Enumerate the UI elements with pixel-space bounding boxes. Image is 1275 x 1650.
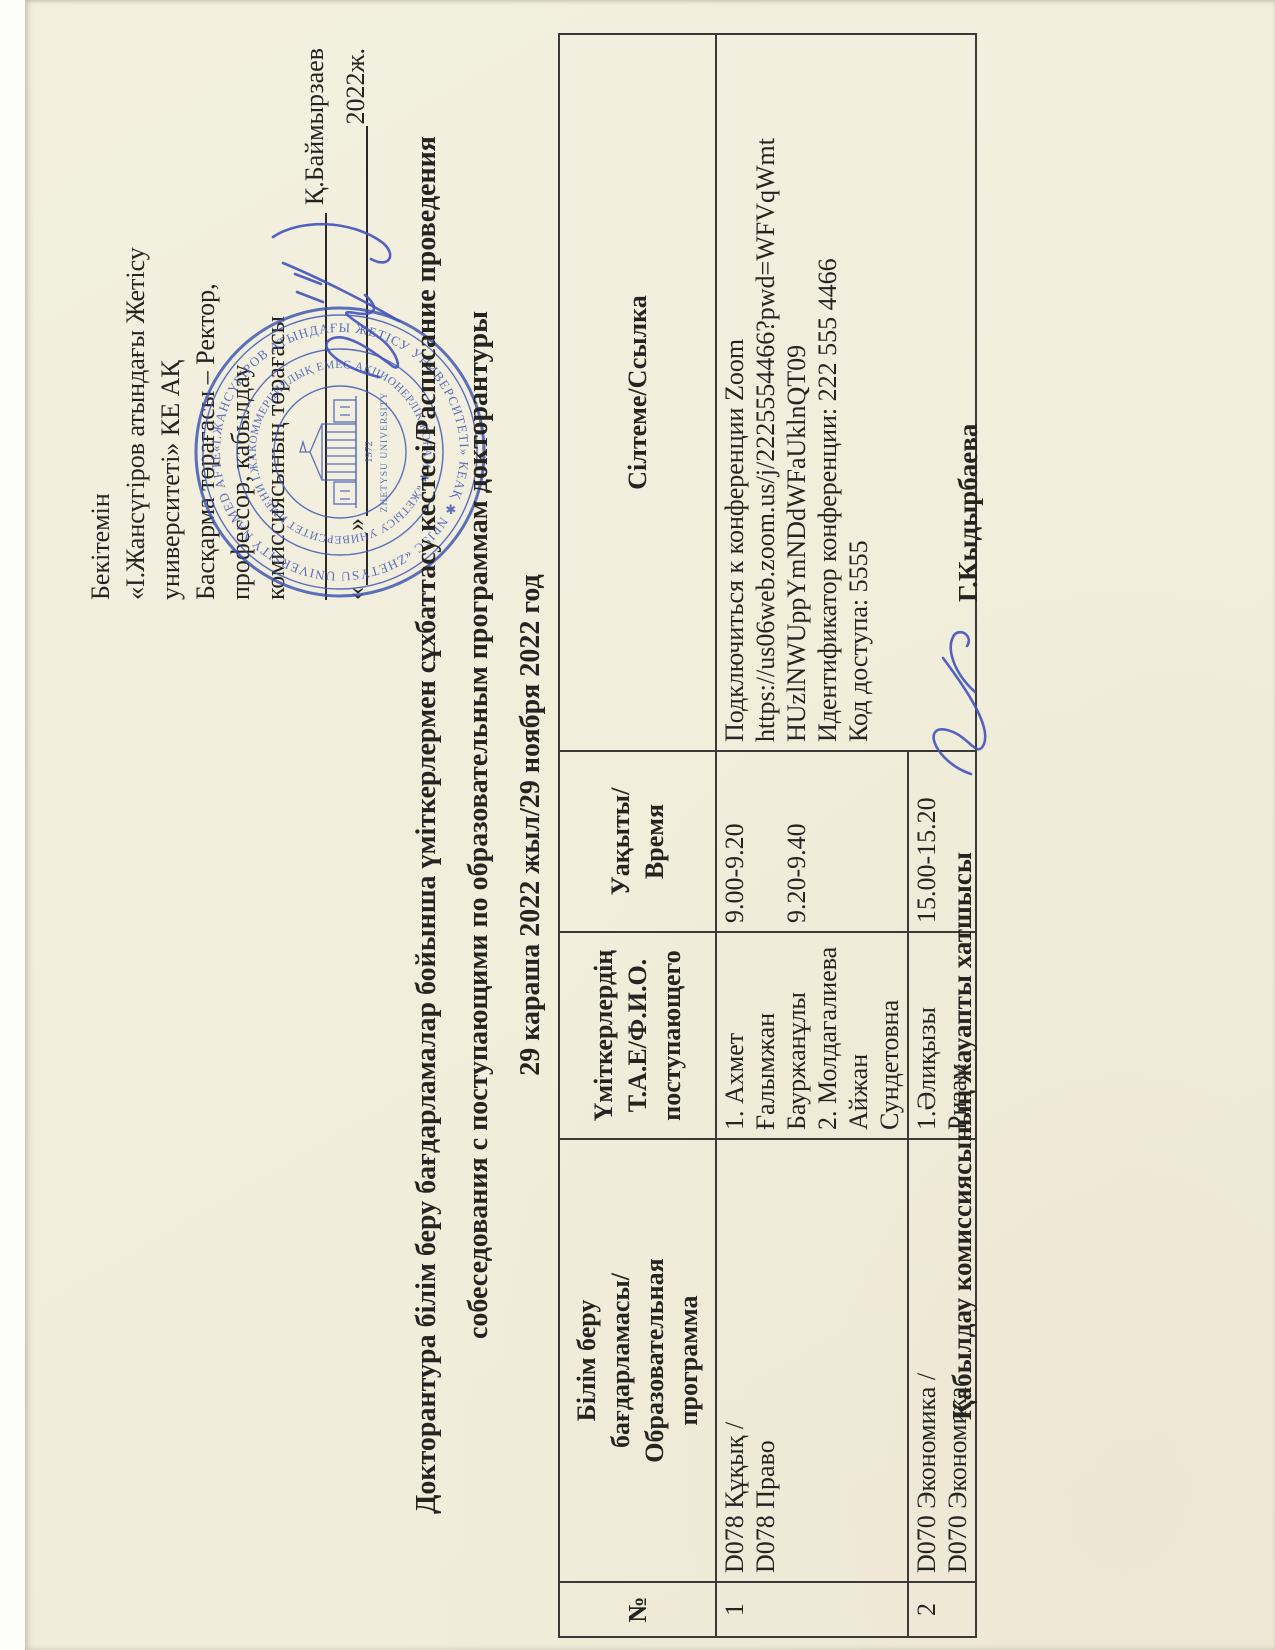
col-header-link: Сілтеме/Ссылка [559,34,716,751]
col-header-number: № [559,1582,716,1637]
approval-line: Бекітемін [83,48,118,600]
approval-year: 2022ж. [338,48,373,124]
stamp-building-icon [300,396,356,508]
header-row: № Білім беру бағдарламасы/ Образовательн… [559,34,716,1637]
stamp-caption: ZHETYSU UNIVERSITY [380,392,390,513]
schedule-table: № Білім беру бағдарламасы/ Образовательн… [558,33,977,1638]
document-content: Бекітемін «І.Жансүгіров атындағы Жетісу … [25,0,1275,1650]
title-line-1: Докторантура білім беру бағдарламалар бо… [401,55,453,1595]
col-header-candidate: Үміткерлердің Т.А.Е/Ф.И.О. поступающего [559,932,716,1139]
program-cell: D078 Құқық / D078 Право [716,1139,908,1582]
scanned-paper: Бекітемін «І.Жансүгіров атындағы Жетісу … [25,0,1275,1650]
candidates-cell: 1. Ахмет Ғалымжан Бауржанұлы 2. Молдагал… [716,932,908,1139]
approval-line: университеті» КЕ АҚ [153,48,188,600]
secretary-signature-icon [907,613,1007,788]
title-date-line: 29 караша 2022 жыл/29 ноября 2022 год [505,55,557,1595]
approval-line: «І.Жансүгіров атындағы Жетісу [118,48,153,600]
row-number-cell: 1 [716,1582,908,1637]
secretary-label: Қабылдау комиссиясының жауапты хатшысы [947,852,978,1420]
scan-page: Бекітемін «І.Жансүгіров атындағы Жетісу … [0,0,1275,1650]
document-title: Докторантура білім беру бағдарламалар бо… [401,55,557,1595]
col-header-program: Білім беру бағдарламасы/ Образовательная… [559,1139,716,1582]
title-line-2: собеседования с поступающими по образова… [453,55,505,1595]
time-cell: 9.00-9.20 9.20-9.40 [716,751,908,932]
footer-line: Қабылдау комиссиясының жауапты хатшысы Г… [947,0,991,1650]
col-header-time: Уақыты/ Время [559,751,716,932]
secretary-name: Г.Кыдырбаева [953,424,984,602]
stamp-year: 1972 [363,441,375,463]
table-row: 1 D078 Құқық / D078 Право 1. Ахмет Ғалым… [716,34,908,1637]
